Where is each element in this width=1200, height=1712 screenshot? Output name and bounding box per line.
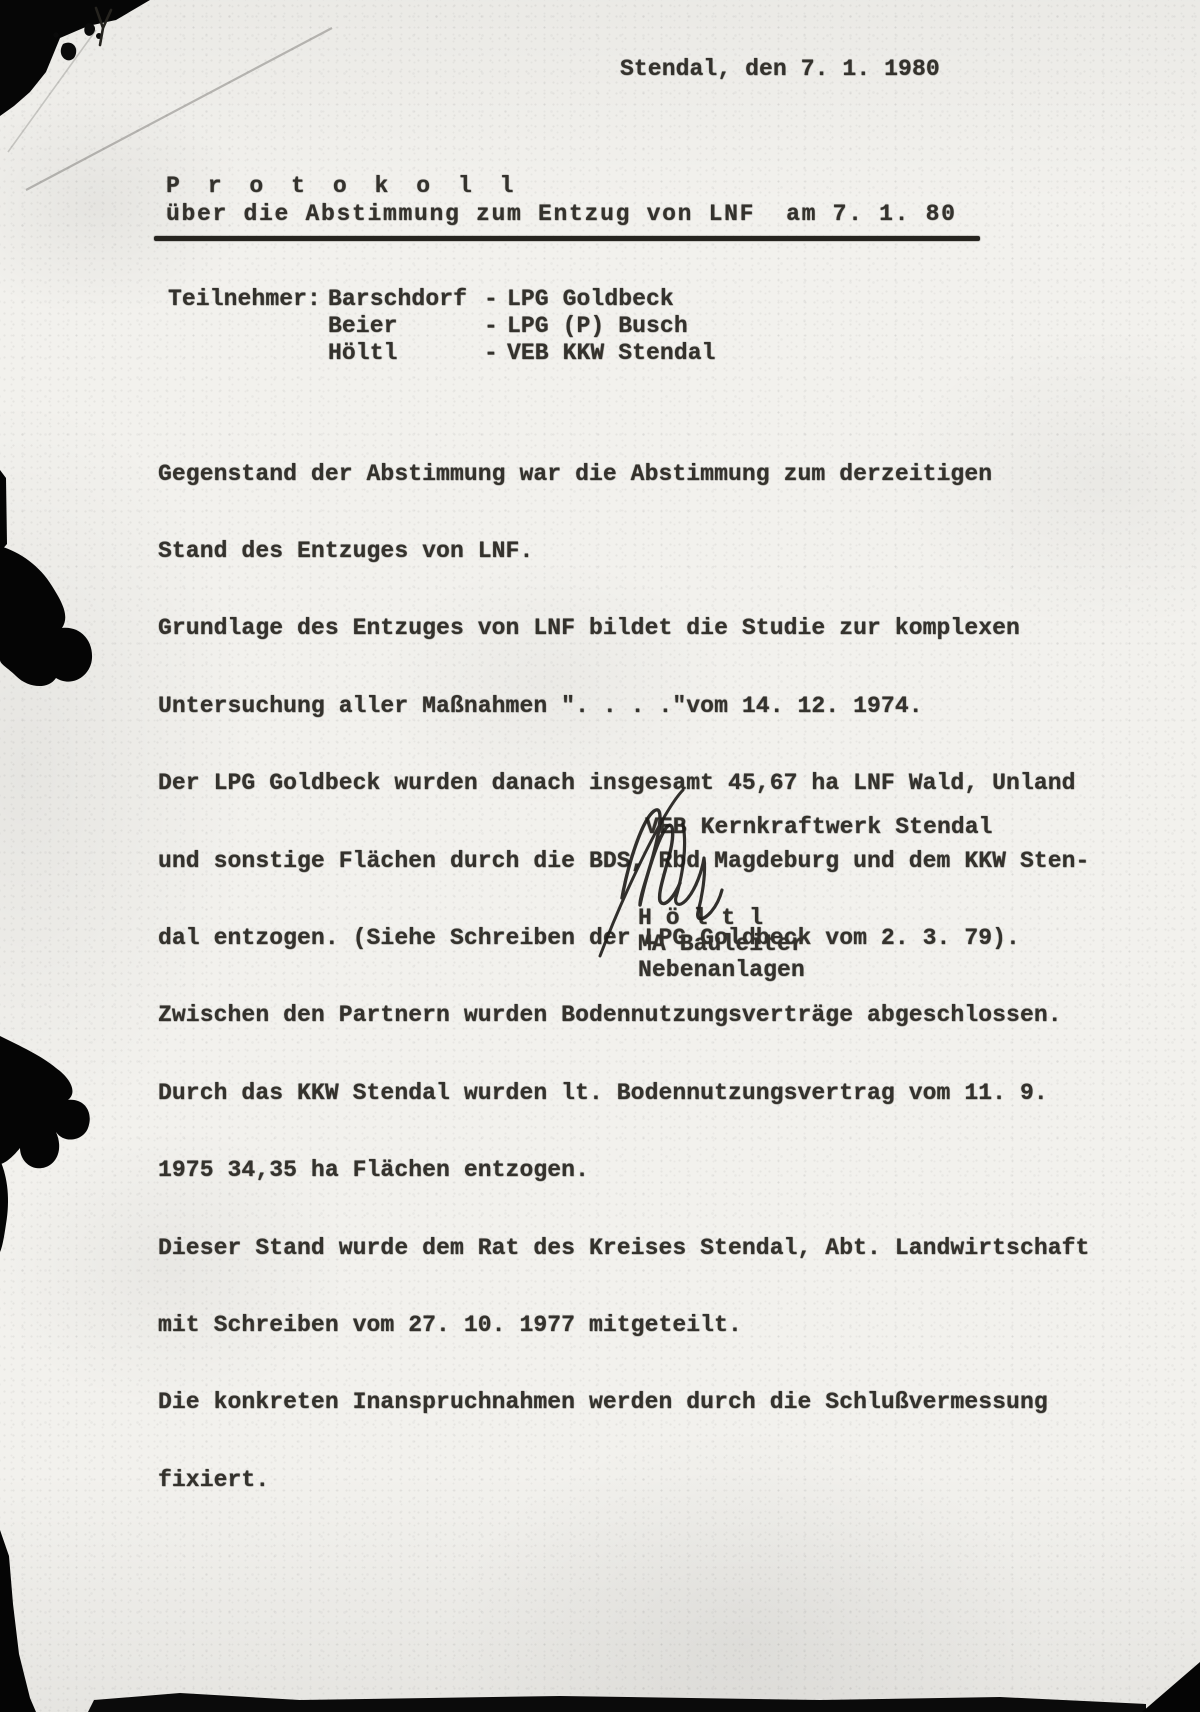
participants-block: Teilnehmer: Barschdorf - LPG Goldbeck Be… bbox=[0, 287, 1200, 377]
scan-edge-bottom-right bbox=[1142, 1662, 1200, 1712]
scan-edge-bottom bbox=[88, 1693, 1146, 1712]
ink-blot-left-lower bbox=[0, 1036, 90, 1168]
ink-blot-left-lower bbox=[0, 1160, 8, 1252]
dateline: Stendal, den 7. 1. 1980 bbox=[620, 57, 940, 83]
title-underline bbox=[154, 236, 980, 241]
paper-hole-speck bbox=[96, 33, 102, 39]
document-title: P r o t o k o l l bbox=[166, 174, 514, 200]
signature-role: MA Bauleiter bbox=[638, 932, 805, 958]
body-line: Zwischen den Partnern wurden Bodennutzun… bbox=[158, 1003, 1089, 1029]
body-line: fixiert. bbox=[158, 1468, 1089, 1494]
participant-name: Beier bbox=[328, 314, 398, 340]
participant-name: Höltl bbox=[328, 341, 398, 367]
fold-crease-line bbox=[8, 30, 96, 152]
scan-artifact-top-left-tear bbox=[0, 0, 150, 116]
body-line: dal entzogen. (Siehe Schreiben der LPG G… bbox=[158, 926, 1089, 952]
participants-label: Teilnehmer: bbox=[168, 287, 321, 313]
participant-dash: - bbox=[484, 287, 498, 313]
participant-organization: LPG Goldbeck bbox=[507, 287, 674, 313]
participant-name: Barschdorf bbox=[328, 287, 467, 313]
scan-edge-bottom-left bbox=[0, 1530, 36, 1712]
document-subtitle: über die Abstimmung zum Entzug von LNF a… bbox=[166, 202, 957, 228]
participant-organization: LPG (P) Busch bbox=[507, 314, 688, 340]
body-line: mit Schreiben vom 27. 10. 1977 mitgeteil… bbox=[158, 1313, 1089, 1339]
body-line: 1975 34,35 ha Flächen entzogen. bbox=[158, 1158, 1089, 1184]
body-line: Durch das KKW Stendal wurden lt. Bodennu… bbox=[158, 1081, 1089, 1107]
ink-blot-left-upper bbox=[0, 470, 7, 552]
body-line: und sonstige Flächen durch die BDS, Rbd … bbox=[158, 849, 1089, 875]
body-line: Dieser Stand wurde dem Rat des Kreises S… bbox=[158, 1236, 1089, 1262]
body-line: Untersuchung aller Maßnahmen ". . . ."vo… bbox=[158, 694, 1089, 720]
participant-organization: VEB KKW Stendal bbox=[507, 341, 716, 367]
fold-crease-line bbox=[26, 28, 332, 190]
participant-dash: - bbox=[484, 341, 498, 367]
paper-hole-speck bbox=[61, 43, 76, 61]
scanned-document-page: Stendal, den 7. 1. 1980 P r o t o k o l … bbox=[0, 0, 1200, 1712]
body-paragraph: Gegenstand der Abstimmung war die Abstim… bbox=[158, 410, 1089, 1545]
body-line: Die konkreten Inanspruchnahmen werden du… bbox=[158, 1390, 1089, 1416]
body-line: Grundlage des Entzuges von LNF bildet di… bbox=[158, 616, 1089, 642]
pen-check-mark bbox=[96, 8, 111, 45]
body-line: Stand des Entzuges von LNF. bbox=[158, 539, 1089, 565]
body-line: Gegenstand der Abstimmung war die Abstim… bbox=[158, 462, 1089, 488]
paper-hole-speck bbox=[53, 32, 58, 37]
signature-unit: Nebenanlagen bbox=[638, 958, 805, 984]
ink-blot-left-upper bbox=[0, 546, 92, 686]
body-line: Der LPG Goldbeck wurden danach insgesamt… bbox=[158, 771, 1089, 797]
signature-company: VEB Kernkraftwerk Stendal bbox=[645, 815, 993, 841]
participant-dash: - bbox=[484, 314, 498, 340]
signature-name: H ö l t l bbox=[638, 906, 763, 932]
paper-hole-speck bbox=[84, 23, 95, 36]
